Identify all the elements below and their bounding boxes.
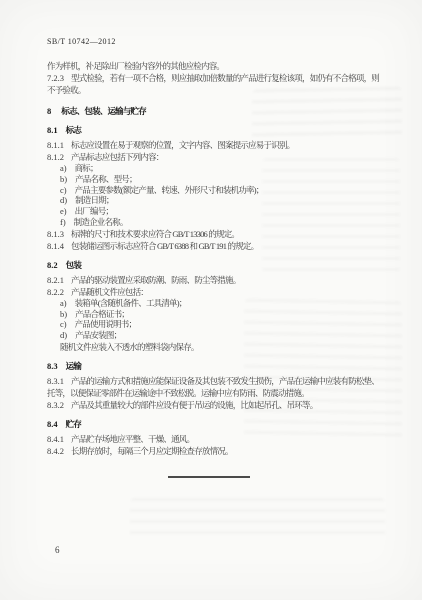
section-number: 8.1 <box>47 125 58 135</box>
section-title: 运输 <box>66 361 81 371</box>
list-text: 商标； <box>75 163 98 173</box>
list-marker: d) <box>60 330 67 340</box>
subsection-heading-8-2: 8.2包装 <box>47 259 383 271</box>
paragraph-note: 随机文件应装入不透水的塑料袋内保存。 <box>47 341 383 353</box>
page-number: 6 <box>55 545 60 555</box>
list-marker: d) <box>60 195 67 205</box>
list-text: 装箱单(含随机备件、工具清单)； <box>75 298 187 308</box>
list-text: 制造日期； <box>75 195 114 205</box>
clause-8-1-4: 8.1.4包装储运图示标志应符合 GB/T 6388 和 GB/T 191 的规… <box>47 240 383 252</box>
clause-text: 产品标志应包括下列内容： <box>71 152 163 162</box>
list-item: c)产品主要参数(额定产量、转速、外形尺寸和装机功率)； <box>47 185 383 196</box>
clause-8-4-1: 8.4.1产品贮存场地应平整、干燥、通风。 <box>47 433 383 445</box>
list-text: 产品合格证书； <box>75 309 129 319</box>
clause-text: 产品及其重量较大的部件应设有便于吊运的设施，比如起吊孔、吊环等。 <box>71 400 317 410</box>
clause-text: 产品的驱动装置应采取防潮、防雨、防尘等措施。 <box>71 275 240 285</box>
clause-8-4-2: 8.4.2长期存放时，每隔三个月应定期检查存放情况。 <box>47 445 383 457</box>
clause-8-3-2: 8.3.2产品及其重量较大的部件应设有便于吊运的设施，比如起吊孔、吊环等。 <box>47 399 383 411</box>
list-marker: a) <box>60 298 67 308</box>
clause-8-2-1: 8.2.1产品的驱动装置应采取防潮、防雨、防尘等措施。 <box>47 274 383 286</box>
list-item: b)产品名称、型号； <box>47 174 383 185</box>
clause-number: 8.1.3 <box>47 229 64 239</box>
list-marker: f) <box>60 217 66 227</box>
section-title: 标志 <box>66 125 81 135</box>
list-item: d)产品安装图； <box>47 330 383 341</box>
clause-8-1-1: 8.1.1标志应设置在易于观察的位置，文字内容、图案提示应易于识别。 <box>47 139 383 151</box>
clause-number: 8.3.1 <box>47 376 64 386</box>
list-marker: b) <box>60 309 67 319</box>
list-item: f)制造企业名称。 <box>47 217 383 228</box>
document-body: 作为样机，补足除出厂检验内容外的其他应检内容。 7.2.3型式检验，若有一项不合… <box>47 60 383 457</box>
clause-text: 标志应设置在易于观察的位置，文字内容、图案提示应易于识别。 <box>71 140 294 150</box>
clause-text: 产品贮存场地应平整、干燥、通风。 <box>71 434 194 444</box>
list-item: b)产品合格证书； <box>47 309 383 320</box>
list-item: a)商标； <box>47 163 383 174</box>
list-text: 产品使用说明书； <box>75 319 137 329</box>
clause-number: 8.1.2 <box>47 152 64 162</box>
clause-number: 8.2.1 <box>47 275 64 285</box>
list-item: a)装箱单(含随机备件、工具清单)； <box>47 298 383 309</box>
clause-text: 长期存放时，每隔三个月应定期检查存放情况。 <box>71 446 233 456</box>
section-heading-8: 8标志、包装、运输与贮存 <box>47 105 383 117</box>
clause-text: 型式检验，若有一项不合格，则应抽取加倍数量的产品进行复检该项，如仍有不合格项，则… <box>47 73 379 95</box>
clause-text: 标牌的尺寸和技术要求应符合 GB/T 13306 的规定。 <box>71 229 239 239</box>
list-marker: e) <box>60 206 67 216</box>
section-title: 标志、包装、运输与贮存 <box>61 106 146 116</box>
list-text: 出厂编号； <box>75 206 114 216</box>
clause-8-2-2: 8.2.2产品随机文件应包括： <box>47 286 383 298</box>
list-item: d)制造日期； <box>47 195 383 206</box>
section-number: 8.3 <box>47 361 58 371</box>
clause-8-1-2: 8.1.2产品标志应包括下列内容： <box>47 151 383 163</box>
list-text: 产品安装图； <box>75 330 121 340</box>
list-marker: b) <box>60 174 67 184</box>
scan-ghost-artifact <box>130 498 385 540</box>
clause-7-2-3: 7.2.3型式检验，若有一项不合格，则应抽取加倍数量的产品进行复检该项，如仍有不… <box>47 72 383 96</box>
section-title: 贮存 <box>66 419 81 429</box>
list-item: e)出厂编号； <box>47 206 383 217</box>
clause-number: 8.4.1 <box>47 434 64 444</box>
list-text: 制造企业名称。 <box>74 217 128 227</box>
section-number: 8 <box>47 106 51 116</box>
clause-number: 8.2.2 <box>47 287 64 297</box>
clause-number: 8.4.2 <box>47 446 64 456</box>
clause-number: 8.3.2 <box>47 400 64 410</box>
list-marker: a) <box>60 163 67 173</box>
document-number-header: SB/T 10742—2012 <box>47 37 116 46</box>
clause-8-3-1: 8.3.1产品的运输方式和措施应能保证设备及其包装不致发生损伤，产品在运输中应装… <box>47 375 383 399</box>
clause-text: 包装储运图示标志应符合 GB/T 6388 和 GB/T 191 的规定。 <box>71 241 258 251</box>
subsection-heading-8-4: 8.4贮存 <box>47 418 383 430</box>
clause-text: 产品的运输方式和措施应能保证设备及其包装不致发生损伤，产品在运输中应装有防松垫、… <box>47 376 379 398</box>
list-text: 产品名称、型号； <box>75 174 137 184</box>
paragraph-continuation: 作为样机，补足除出厂检验内容外的其他应检内容。 <box>47 60 383 72</box>
clause-number: 8.1.4 <box>47 241 64 251</box>
clause-text: 产品随机文件应包括： <box>71 287 148 297</box>
clause-number: 7.2.3 <box>47 73 64 83</box>
list-text: 产品主要参数(额定产量、转速、外形尺寸和装机功率)； <box>75 185 264 195</box>
clause-number: 8.1.1 <box>47 140 64 150</box>
list-marker: c) <box>60 319 67 329</box>
list-marker: c) <box>60 185 67 195</box>
subsection-heading-8-3: 8.3运输 <box>47 360 383 372</box>
section-number: 8.2 <box>47 260 58 270</box>
end-of-text-rule <box>168 476 250 478</box>
clause-8-1-3: 8.1.3标牌的尺寸和技术要求应符合 GB/T 13306 的规定。 <box>47 228 383 240</box>
section-title: 包装 <box>66 260 81 270</box>
subsection-heading-8-1: 8.1标志 <box>47 124 383 136</box>
section-number: 8.4 <box>47 419 58 429</box>
scanned-document-page: SB/T 10742—2012 作为样机，补足除出厂检验内容外的其他应检内容。 … <box>0 0 422 600</box>
list-item: c)产品使用说明书； <box>47 319 383 330</box>
